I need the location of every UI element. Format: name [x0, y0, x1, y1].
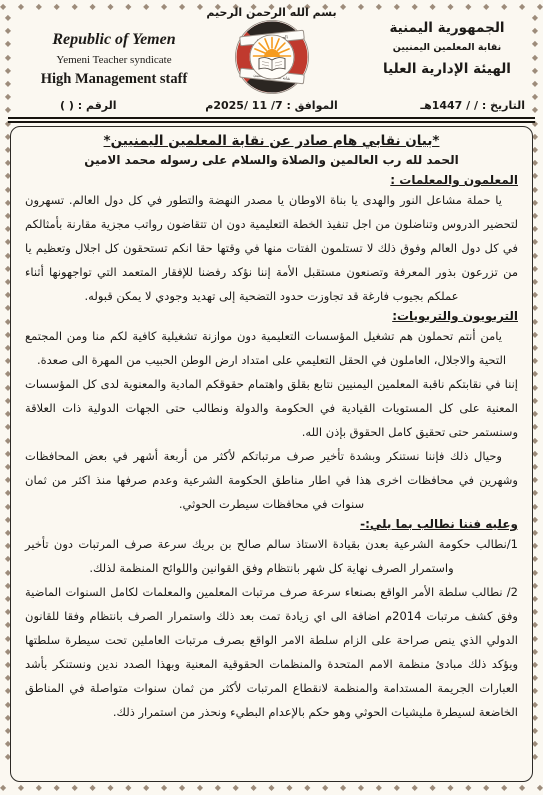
syndicate-emblem-icon: الجمهورية اليمنية نقابة المعلمين اليمنيي…	[234, 19, 310, 95]
basmala-text: بسم الله الرحمن الرحيم	[0, 6, 543, 19]
paragraph-educators-3: وحيال ذلك فإننا نستنكر وبشدة تأخير صرف م…	[25, 444, 518, 516]
date-gregorian: الموافق : 7/ 11 /2025م	[205, 99, 338, 112]
statement-title: *بيان نقابي هام صادر عن نقابة المعلمين ا…	[25, 133, 518, 149]
scanned-statement-page: ◆ ◆ ◆ ◆ ◆ ◆ ◆ ◆ ◆ ◆ ◆ ◆ ◆ ◆ ◆ ◆ ◆ ◆ ◆ ◆ …	[0, 0, 543, 795]
letterhead-ar-org: نقابة المعلمين اليمنيين	[367, 42, 527, 53]
paragraph-teachers: يا حملة مشاعل النور والهدى يا بناة الاوط…	[25, 188, 518, 308]
section-heading-demands: وعليه فننا نطالب بما يلي:-	[25, 517, 518, 531]
demand-item-1: 1/نطالب حكومة الشرعية بعدن بقيادة الاستا…	[25, 532, 518, 580]
letterhead-en-body: High Management staff	[16, 71, 212, 88]
letterhead-en-org: Yemeni Teacher syndicate	[16, 54, 212, 67]
letterhead-ar-country: الجمهورية اليمنية	[367, 20, 527, 36]
diamond-border-bottom: ◆ ◆ ◆ ◆ ◆ ◆ ◆ ◆ ◆ ◆ ◆ ◆ ◆ ◆ ◆ ◆ ◆ ◆ ◆ ◆ …	[0, 783, 543, 792]
letterhead-english: Republic of Yemen Yemeni Teacher syndica…	[16, 31, 212, 88]
letterhead-arabic: الجمهورية اليمنية نقابة المعلمين اليمنيي…	[367, 20, 527, 77]
ref-number: الرقم : ( )	[60, 99, 117, 112]
statement-salutation: الحمد لله رب العالمين والصلاة والسلام عل…	[25, 153, 518, 167]
date-hijri: التاريخ : / / 1447هـ	[420, 99, 525, 112]
letterhead-ar-body: الهيئة الإدارية العليا	[367, 61, 527, 77]
letterhead-en-country: Republic of Yemen	[16, 31, 212, 49]
syndicate-emblem: الجمهورية اليمنية نقابة المعلمين اليمنيي…	[234, 19, 310, 99]
meta-row: التاريخ : / / 1447هـ الموافق : 7/ 11 /20…	[0, 99, 543, 115]
demand-item-2: 2/ نطالب سلطة الأمر الواقع بصنعاء سرعة ص…	[25, 580, 518, 724]
paragraph-educators-2: إننا في نقابتكم ناقبة المعلمين اليمنيين …	[25, 372, 518, 444]
section-heading-teachers: المعلمون والمعلمات :	[25, 173, 518, 187]
header-divider	[8, 117, 535, 123]
section-heading-educators: التربويون والتربويات:	[25, 309, 518, 323]
paragraph-educators-1: يامن أنتم تحملون هم تشغيل المؤسسات التعل…	[25, 324, 518, 372]
statement-body-frame: *بيان نقابي هام صادر عن نقابة المعلمين ا…	[10, 126, 533, 782]
